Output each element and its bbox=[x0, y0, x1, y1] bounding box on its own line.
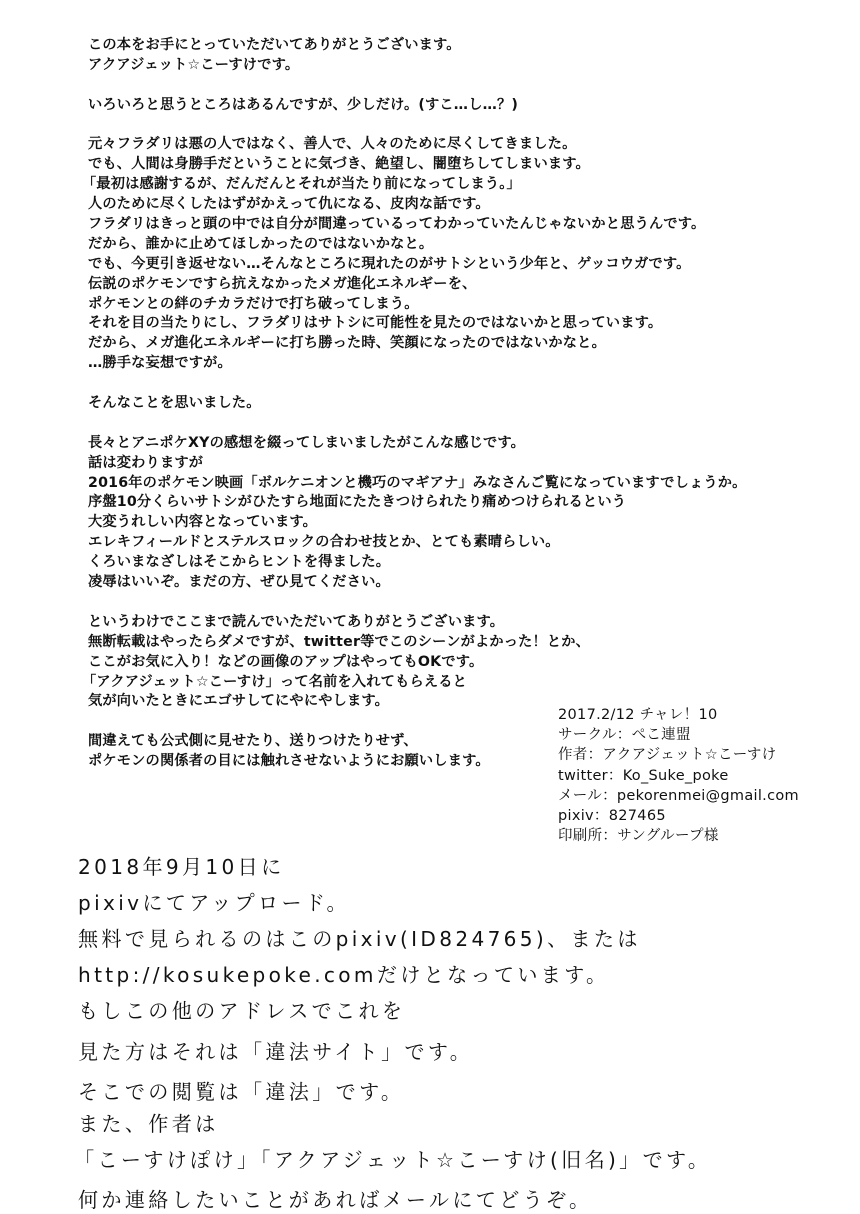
colophon-circle: サークル：ぺこ連盟 bbox=[558, 725, 799, 745]
afterword-line: くろいまなざしはそこからヒントを得ました。 bbox=[88, 553, 828, 573]
colophon-block: 2017.2/12 チャレ！10 サークル：ぺこ連盟 作者：アクアジェット☆こー… bbox=[558, 705, 799, 846]
afterword-line: ここがお気に入り！などの画像のアップはやってもOKです。 bbox=[88, 653, 828, 673]
blank-line bbox=[88, 76, 828, 96]
colophon-author: 作者：アクアジェット☆こーすけ bbox=[558, 745, 799, 765]
afterword-line: いろいろと思うところはあるんですが、少しだけ。(すこ…し…？) bbox=[88, 96, 828, 116]
notice-line: もしこの他のアドレスでこれを bbox=[78, 993, 711, 1030]
notice-line: 見た方はそれは「違法サイト」です。 bbox=[78, 1034, 711, 1071]
afterword-line: そんなことを思いました。 bbox=[88, 394, 828, 414]
colophon-date-event: 2017.2/12 チャレ！10 bbox=[558, 705, 799, 725]
notice-line: http://kosukepoke.comだけとなっています。 bbox=[78, 957, 711, 993]
notice-line: 2018年9月10日に bbox=[78, 849, 711, 885]
colophon-printer: 印刷所：サングループ様 bbox=[558, 826, 799, 846]
afterword-line: 伝説のポケモンですら抗えなかったメガ進化エネルギーを、 bbox=[88, 275, 828, 295]
afterword-line: だから、メガ進化エネルギーに打ち勝った時、笑顔になったのではないかなと。 bbox=[88, 334, 828, 354]
afterword-line: 「アクアジェット☆こーすけ」って名前を入れてもらえると bbox=[82, 673, 828, 693]
afterword-line: 人のために尽くしたはずがかえって仇になる、皮肉な話です。 bbox=[88, 195, 828, 215]
colophon-twitter: twitter：Ko_Suke_poke bbox=[558, 766, 799, 786]
afterword-line: 元々フラダリは悪の人ではなく、善人で、人々のために尽くしてきました。 bbox=[88, 135, 828, 155]
notice-line: 無料で見られるのはこのpixiv(ID824765)、または bbox=[78, 921, 711, 957]
afterword-line: というわけでここまで読んでいただいてありがとうございます。 bbox=[88, 613, 828, 633]
afterword-line: 話は変わりますが bbox=[88, 454, 828, 474]
notice-line: pixivにてアップロード。 bbox=[78, 885, 711, 921]
afterword-line: でも、今更引き返せない…そんなところに現れたのがサトシという少年と、ゲッコウガで… bbox=[88, 255, 828, 275]
notice-line: 「こーすけぽけ」「アクアジェット☆こーすけ(旧名)」です。 bbox=[74, 1142, 711, 1178]
afterword-line: この本をお手にとっていただいてありがとうございます。 bbox=[88, 36, 828, 56]
afterword-line: …勝手な妄想ですが。 bbox=[88, 354, 828, 374]
colophon-mail: メール：pekorenmei@gmail.com bbox=[558, 786, 799, 806]
afterword-line: フラダリはきっと頭の中では自分が間違っているってわかっていたんじゃないかと思うん… bbox=[88, 215, 828, 235]
blank-line bbox=[88, 593, 828, 613]
document-page: この本をお手にとっていただいてありがとうございます。 アクアジェット☆こーすけで… bbox=[0, 0, 860, 1214]
afterword-line: 2016年のポケモン映画「ボルケニオンと機巧のマギアナ」みなさんご覧になっていま… bbox=[88, 474, 828, 494]
afterword-text-block: この本をお手にとっていただいてありがとうございます。 アクアジェット☆こーすけで… bbox=[88, 36, 828, 772]
afterword-line: でも、人間は身勝手だということに気づき、絶望し、闇堕ちしてしまいます。 bbox=[88, 155, 828, 175]
afterword-line: 凌辱はいいぞ。まだの方、ぜひ見てください。 bbox=[88, 573, 828, 593]
afterword-line: アクアジェット☆こーすけです。 bbox=[88, 56, 828, 76]
afterword-line: エレキフィールドとステルスロックの合わせ技とか、とても素晴らしい。 bbox=[88, 533, 828, 553]
notice-line: また、作者は bbox=[78, 1106, 711, 1142]
upload-notice-block: 2018年9月10日に pixivにてアップロード。 無料で見られるのはこのpi… bbox=[78, 849, 711, 1214]
blank-line bbox=[88, 414, 828, 434]
afterword-line: だから、誰かに止めてほしかったのではないかなと。 bbox=[88, 235, 828, 255]
blank-line bbox=[88, 116, 828, 136]
colophon-pixiv: pixiv：827465 bbox=[558, 806, 799, 826]
afterword-line: 「最初は感謝するが、だんだんとそれが当たり前になってしまう。」 bbox=[82, 175, 828, 195]
afterword-line: 無断転載はやったらダメですが、twitter等でこのシーンがよかった！とか、 bbox=[88, 633, 828, 653]
blank-line bbox=[88, 374, 828, 394]
notice-line: 何か連絡したいことがあればメールにてどうぞ。 bbox=[78, 1182, 711, 1214]
afterword-line: 大変うれしい内容となっています。 bbox=[88, 513, 828, 533]
afterword-line: それを目の当たりにし、フラダリはサトシに可能性を見たのではないかと思っています。 bbox=[88, 314, 828, 334]
afterword-line: 長々とアニポケXYの感想を綴ってしまいましたがこんな感じです。 bbox=[88, 434, 828, 454]
notice-line: そこでの閲覧は「違法」です。 bbox=[78, 1074, 711, 1110]
afterword-line: ポケモンとの絆のチカラだけで打ち破ってしまう。 bbox=[88, 295, 828, 315]
afterword-line: 序盤10分くらいサトシがひたすら地面にたたきつけられたり痛めつけられるという bbox=[88, 493, 828, 513]
